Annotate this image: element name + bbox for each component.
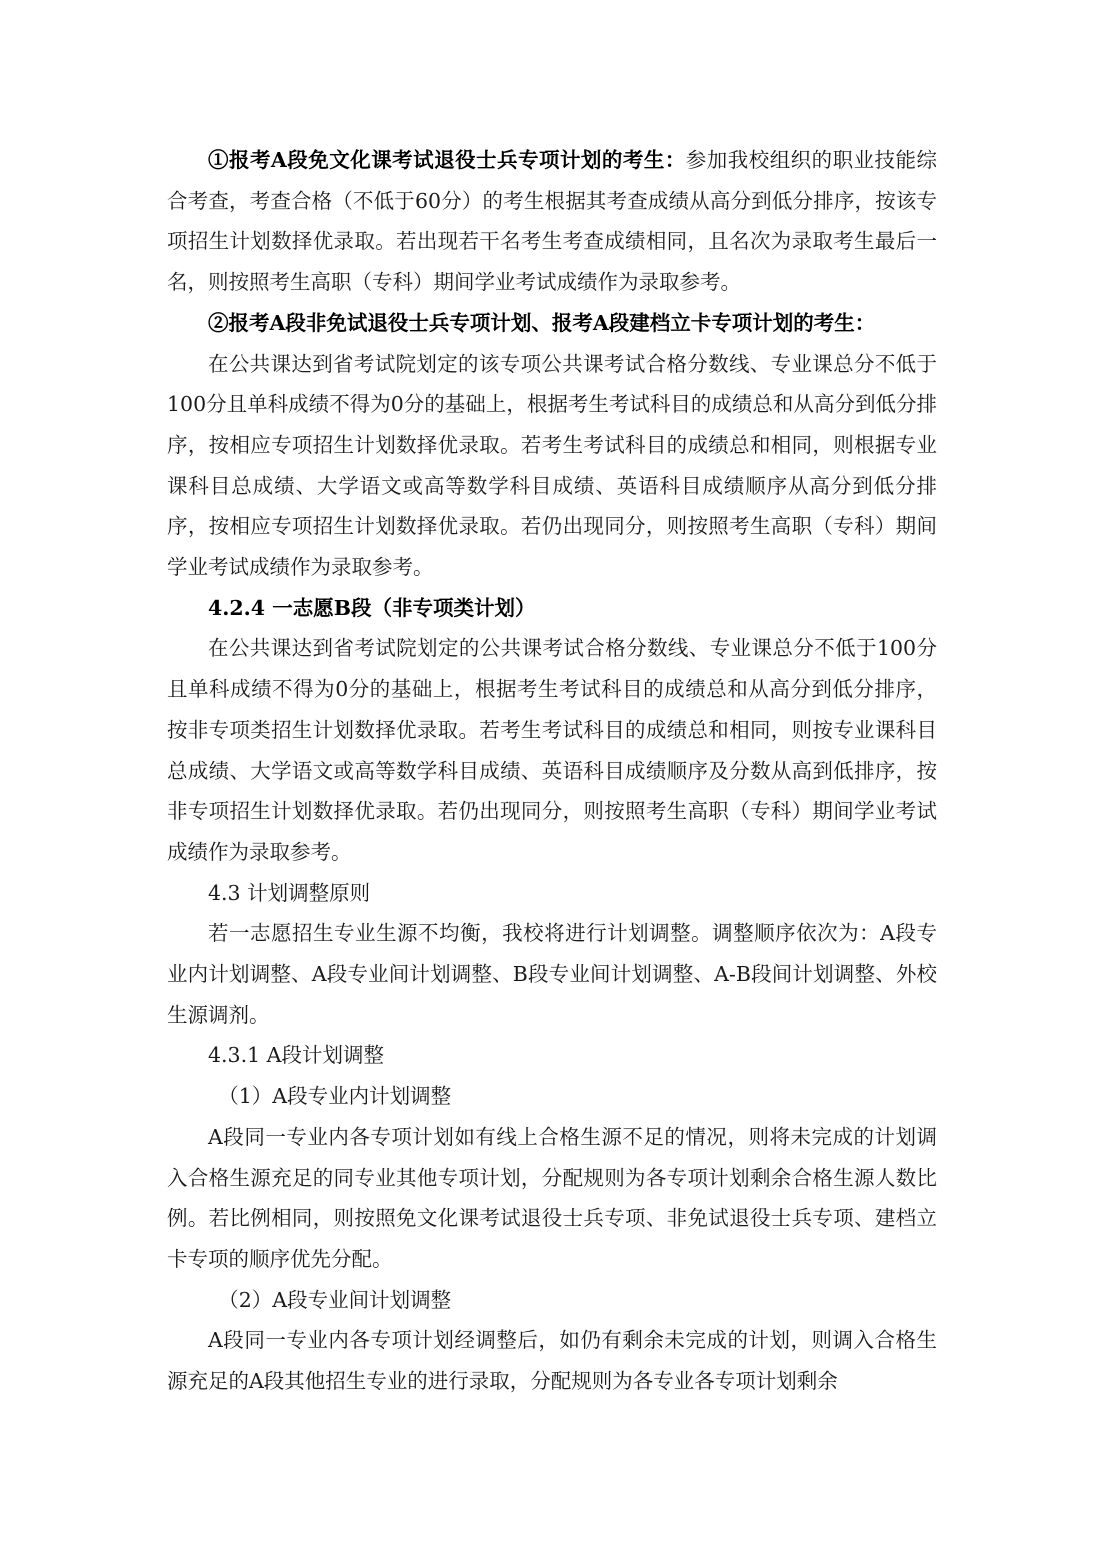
heading-4-2-4: 4.2.4 一志愿B段（非专项类计划） <box>167 588 937 629</box>
heading-4-3: 4.3 计划调整原则 <box>167 873 937 914</box>
subheading-a-intra-major: （1）A段专业内计划调整 <box>167 1076 937 1117</box>
paragraph-b-segment-rules: 在公共课达到省考试院划定的公共课考试合格分数线、专业课总分不低于100分且单科成… <box>167 628 937 872</box>
document-page: ①报考A段免文化课考试退役士兵专项计划的考生：参加我校组织的职业技能综合考查，考… <box>167 140 937 1402</box>
paragraph-non-exempt-rules: 在公共课达到省考试院划定的该专项公共课考试合格分数线、专业课总分不低于100分且… <box>167 344 937 588</box>
paragraph-plan-adjust-order: 若一志愿招生专业生源不均衡，我校将进行计划调整。调整顺序依次为：A段专业内计划调… <box>167 913 937 1035</box>
paragraph-a-inter-major: A段同一专业内各专项计划经调整后，如仍有剩余未完成的计划，则调入合格生源充足的A… <box>167 1320 937 1401</box>
subheading-a-inter-major: （2）A段专业间计划调整 <box>167 1280 937 1321</box>
paragraph-lead-bold: ①报考A段免文化课考试退役士兵专项计划的考生： <box>208 148 686 172</box>
paragraph-veteran-exempt: ①报考A段免文化课考试退役士兵专项计划的考生：参加我校组织的职业技能综合考查，考… <box>167 140 937 303</box>
heading-4-3-1: 4.3.1 A段计划调整 <box>167 1035 937 1076</box>
paragraph-a-intra-major: A段同一专业内各专项计划如有线上合格生源不足的情况，则将未完成的计划调入合格生源… <box>167 1117 937 1280</box>
heading-non-exempt-and-poverty: ②报考A段非免试退役士兵专项计划、报考A段建档立卡专项计划的考生： <box>167 303 937 344</box>
